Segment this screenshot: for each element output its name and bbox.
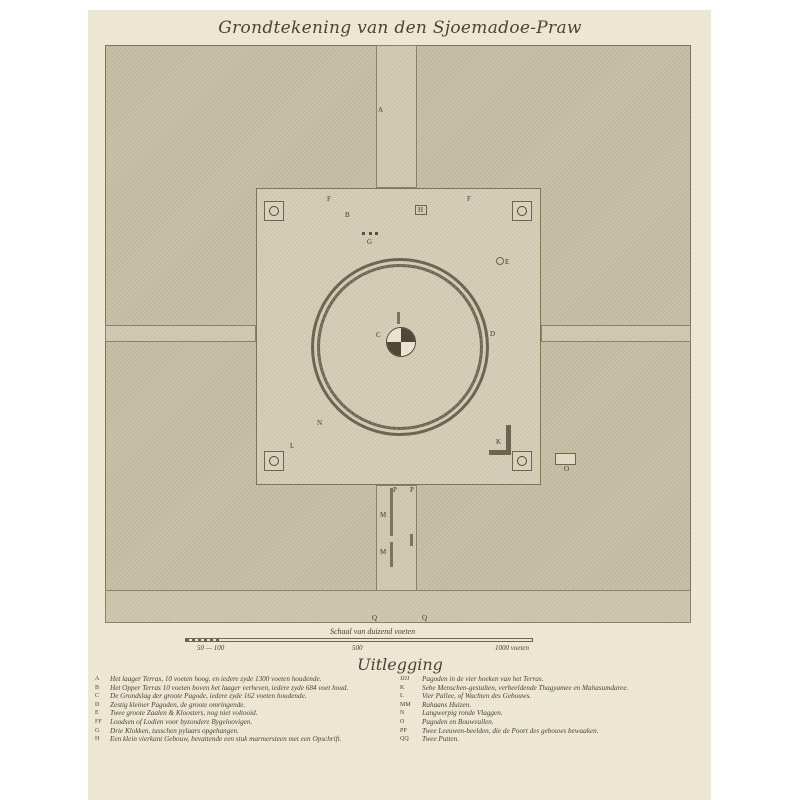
hall-k-horizontal [489, 450, 511, 455]
label-f-right: F [467, 195, 471, 203]
hall-e-circle [496, 257, 504, 265]
label-f-left: F [327, 195, 331, 203]
rahaan-house-m1 [390, 488, 393, 536]
legend-item: CDe Grondslag der groote Pagode, iedere … [95, 692, 348, 701]
label-m-2: M [380, 548, 386, 556]
legend-item: AHet laager Terras, 10 voeten hoog, en i… [95, 675, 348, 684]
legend-item: ETwee groote Zaalen & Kloosters, nog nie… [95, 709, 348, 718]
label-n: N [317, 419, 322, 427]
west-causeway [105, 325, 256, 342]
corner-pagoda-ne [512, 201, 532, 221]
scale-bar [185, 638, 533, 642]
label-q-left: Q [372, 614, 377, 622]
corner-pagoda-sw [264, 451, 284, 471]
label-g: G [367, 238, 372, 246]
legend-left-column: AHet laager Terras, 10 voeten hoog, en i… [95, 675, 348, 744]
legend-item: LVier Pallee, of Wachten des Gebouws. [400, 692, 628, 701]
label-h: H [418, 206, 423, 214]
legend-right-column: JJJJPagoden in de vier hoeken van het Te… [400, 675, 628, 744]
document-title: Grondtekening van den Sjoemadoe-Praw [0, 18, 800, 38]
label-p-right: P [410, 486, 414, 494]
hall-k-vertical [506, 425, 511, 451]
ruins-o [555, 453, 576, 465]
legend-item: MMRahaans Huizen. [400, 701, 628, 710]
rahaan-house-m2 [390, 542, 393, 567]
legend-item: KSebe Menschen-gestalten, verbeeldende T… [400, 684, 628, 693]
legend-item: FFLoodsen of Lodien voor byzondere Bygel… [95, 718, 348, 727]
label-e: E [505, 258, 509, 266]
legend-item: HEen klein vierkant Gebouw, bevattende e… [95, 735, 348, 744]
scale-caption: Schaal van duizend voeten [330, 627, 415, 636]
label-l: L [290, 442, 294, 450]
label-p-left: P [393, 486, 397, 494]
scale-tick-left: 50 — 100 [197, 644, 224, 652]
label-o: O [564, 465, 569, 473]
north-causeway [376, 45, 417, 188]
label-m-1: M [380, 511, 386, 519]
legend-heading: Uitlegging [0, 655, 800, 674]
rahaan-house-m3 [410, 534, 413, 546]
legend-item: GDrie Klokken, tusschen pylaars opgehang… [95, 727, 348, 736]
legend-item: NLangwerpig ronde Vlaggen. [400, 709, 628, 718]
scale-tick-right: 1000 voeten [495, 644, 529, 652]
lower-terrace-strip [105, 590, 691, 623]
legend-item: OPagoden en Bouwvallen. [400, 718, 628, 727]
label-b: B [345, 211, 350, 219]
corner-pagoda-se [512, 451, 532, 471]
pagoda-spire [397, 312, 400, 324]
label-q-right: Q [422, 614, 427, 622]
label-a: A [378, 106, 383, 114]
legend-item: PPTwee Leeuwen-beelden, die de Poort des… [400, 727, 628, 736]
corner-pagoda-nw [264, 201, 284, 221]
legend-item: DZestig kleiner Pagoden, de groote omrin… [95, 701, 348, 710]
legend-item: BHet Opper Terras 10 voeten boven het la… [95, 684, 348, 693]
great-pagoda-base [386, 327, 416, 357]
legend-item: QQTwee Putten. [400, 735, 628, 744]
east-causeway [541, 325, 691, 342]
label-c: C [376, 331, 381, 339]
label-k: K [496, 438, 501, 446]
scale-tick-mid: 500 [352, 644, 363, 652]
legend-item: JJJJPagoden in de vier hoeken van het Te… [400, 675, 628, 684]
label-d: D [490, 330, 495, 338]
